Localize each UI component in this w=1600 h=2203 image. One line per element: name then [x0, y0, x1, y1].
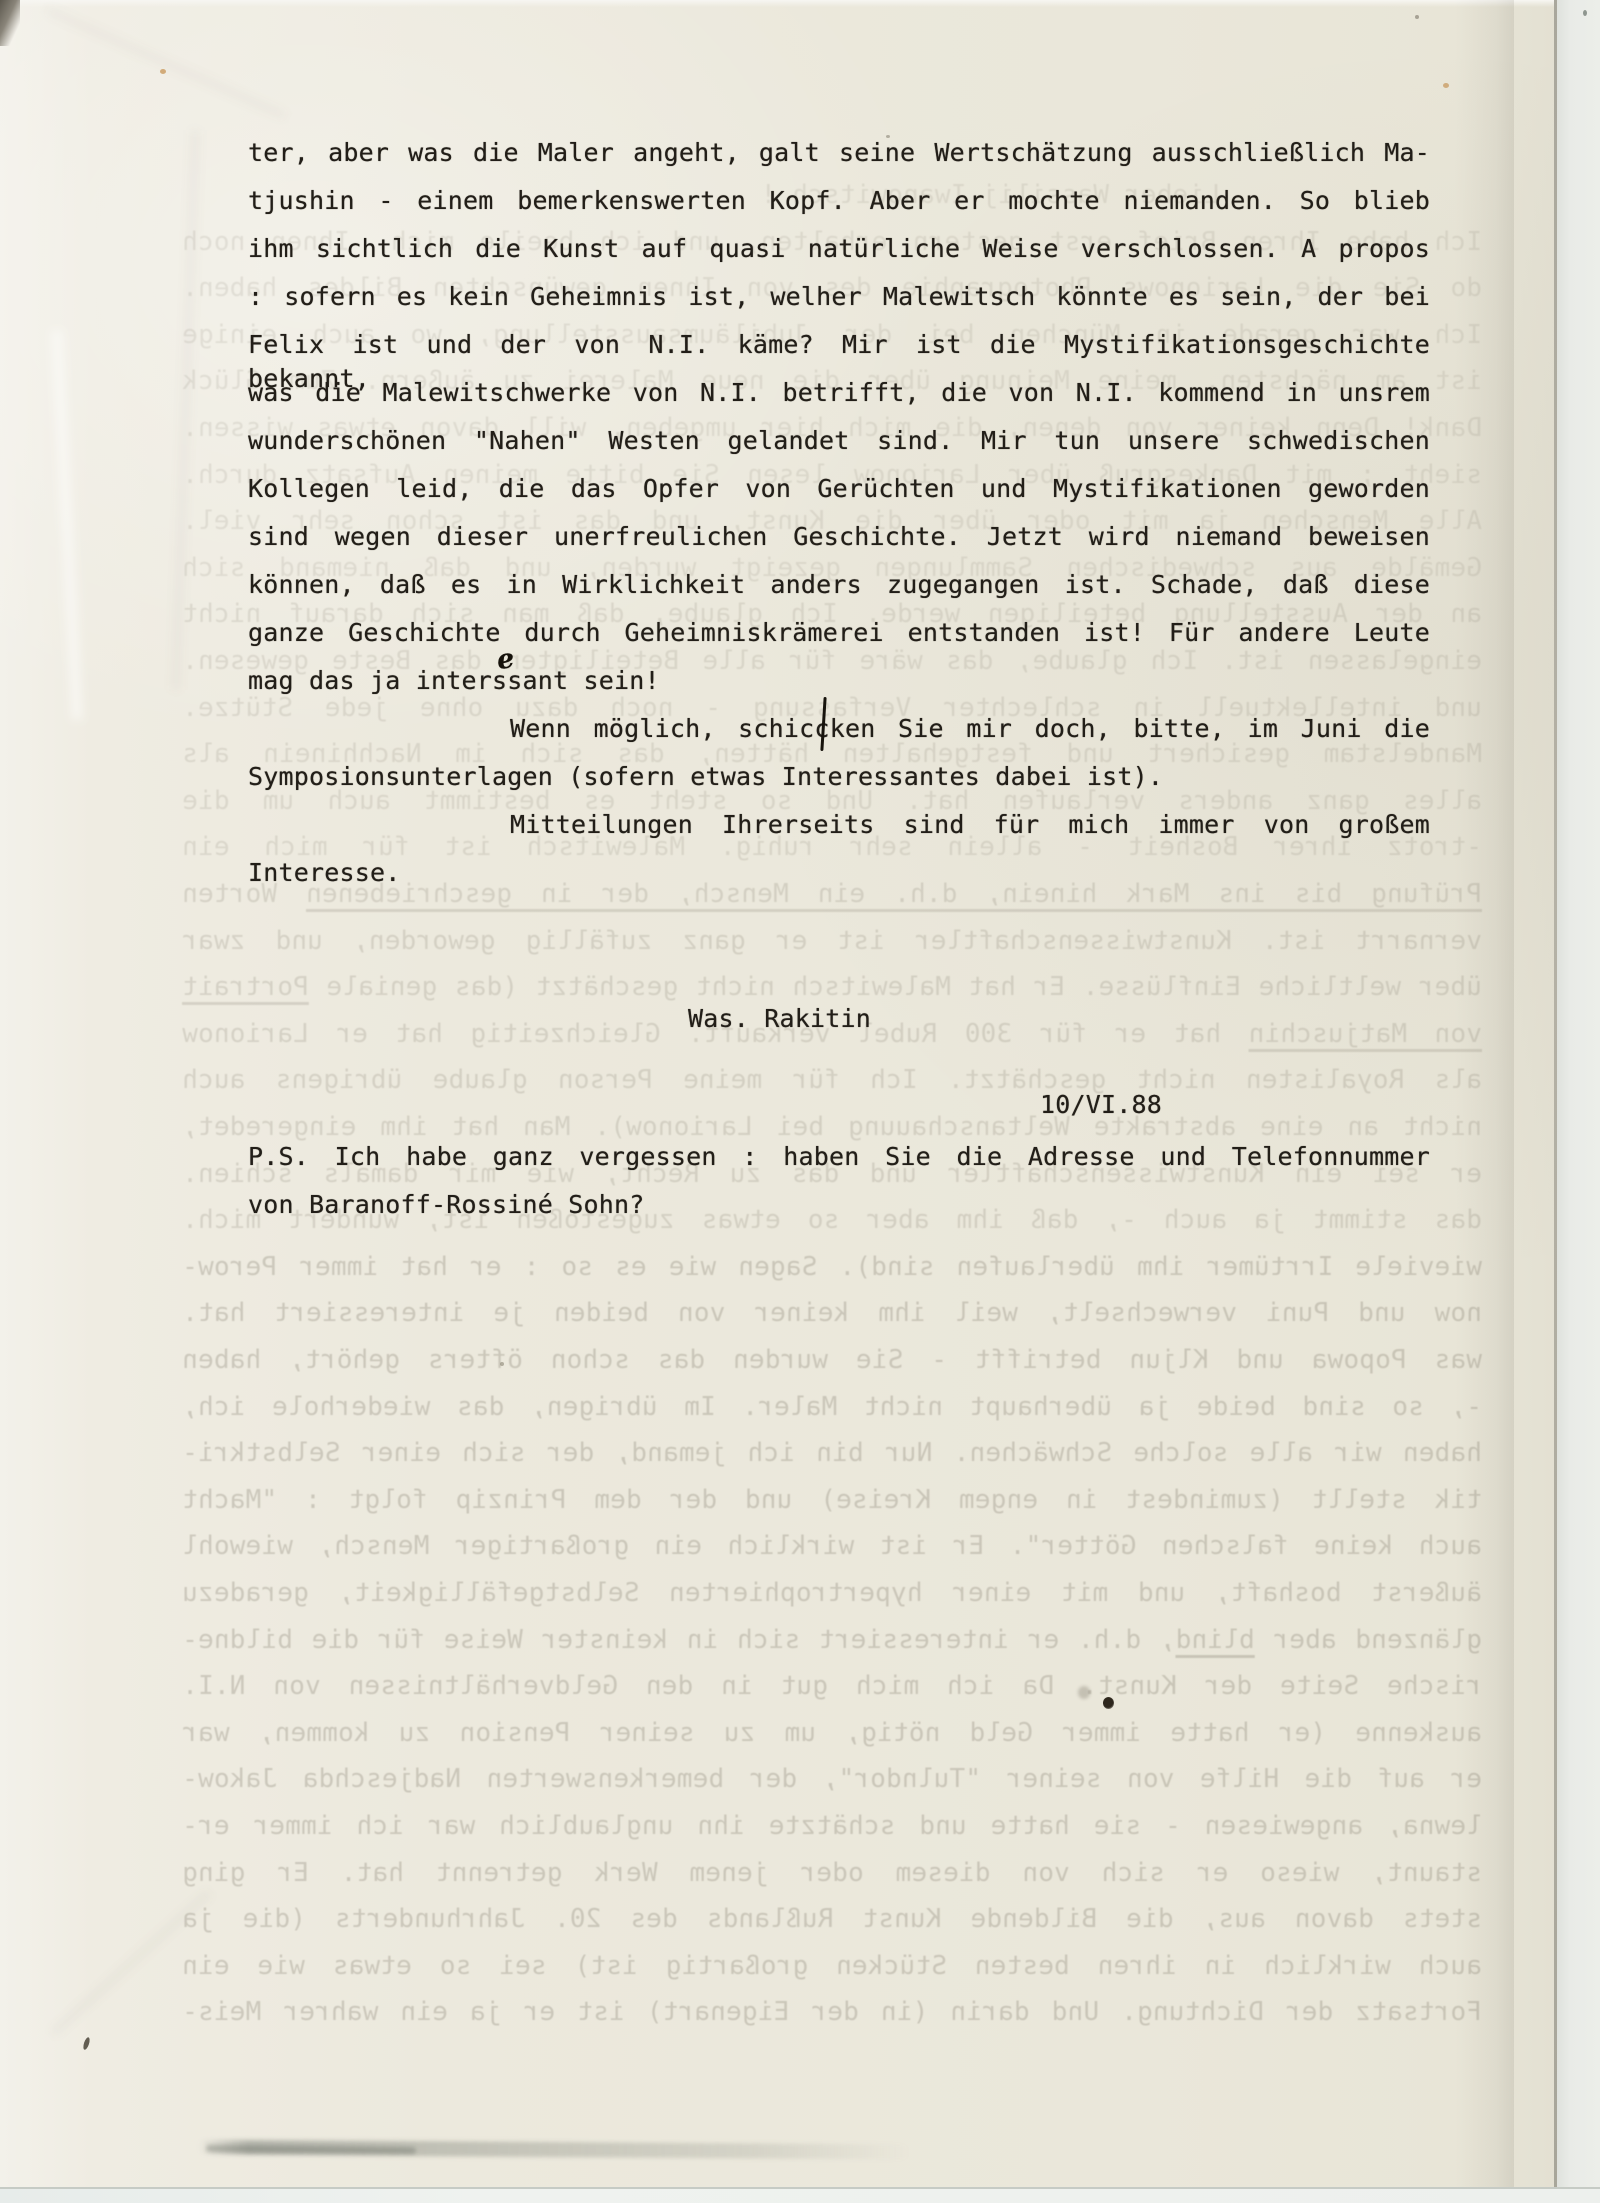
typed-line: tjushin - einem bemerkenswerten Kopf. Ab… [248, 184, 1430, 218]
signature: Was. Rakitin [688, 1002, 871, 1036]
bleedthrough-line: Fortsatz der Dichtung. Und darin (in der… [182, 1995, 1482, 2029]
bleedthrough-line: wieviele Irrtümer ihm überlaufen sind). … [182, 1250, 1482, 1284]
bleedthrough-line: tik stellt (zumindest in engem Kreise) u… [182, 1483, 1482, 1517]
postscript-line: P.S. Ich habe ganz vergessen : haben Sie… [248, 1140, 1430, 1174]
typed-line: mag das ja intersesant sein! [248, 664, 1430, 698]
bleedthrough-line: stets davon aus, die Bildende Kunst Rußl… [182, 1902, 1482, 1936]
paper-crease [46, 7, 286, 118]
paper-speck [1583, 10, 1587, 16]
paper-speck [1415, 15, 1419, 19]
bleedthrough-line: glänzend aber blind, d.h. er interessier… [182, 1623, 1482, 1657]
typed-line: Mitteilungen Ihrerseits sind für mich im… [248, 808, 1430, 842]
page-curl-shading [1454, 0, 1514, 2203]
bleedthrough-line: was Popowa und Kljun betrifft - Sie wurd… [182, 1343, 1482, 1377]
bleedthrough-line: now und Puni verwechselt, weil ihm keine… [182, 1296, 1482, 1330]
bleedthrough-line: äußerst boshaft, und mit einer hypertrop… [182, 1576, 1482, 1610]
bleedthrough-line: rische Seite der Kunst. Da ich mich gut … [182, 1669, 1482, 1703]
bleedthrough-line: haben wir alle solche Schwächen. Nur bin… [182, 1436, 1482, 1470]
bleedthrough-line: staunt, wieso er sich von diesem oder je… [182, 1856, 1482, 1890]
typed-line: Interesse. [248, 856, 1430, 890]
bleedthrough-line: nicht an eine abstrakte Weltanschauung b… [182, 1110, 1482, 1144]
typed-line: was die Malewitschwerke von N.I. betriff… [248, 376, 1430, 410]
paper-speck [160, 69, 166, 74]
scanner-backing [1557, 0, 1600, 2203]
ink-dot [1103, 1697, 1114, 1709]
typed-line: Symposionsunterlagen (sofern etwas Inter… [248, 760, 1430, 794]
page-top-highlight [0, 0, 1557, 7]
typed-line: ter, aber was die Maler angeht, galt sei… [248, 136, 1430, 170]
typed-line: wunderschönen "Nahen" Westen gelandet si… [248, 424, 1430, 458]
bleedthrough-line: auch keine falschen Götter". Er ist wirk… [182, 1529, 1482, 1563]
typed-line: Wenn möglich, schiccken Sie mir doch, bi… [248, 712, 1430, 746]
letter-date: 10/VI.88 [1040, 1088, 1162, 1122]
scanner-bottom-strip [0, 2187, 1600, 2203]
letter-page: Lieber Wassilij Iwanowitsch !Ich habe Ih… [0, 0, 1557, 2203]
bleedthrough-line: auskenne (er hatte immer Geld nötig, um … [182, 1716, 1482, 1750]
bleedthrough-line: -, so sind beide ja überhaupt nicht Male… [182, 1390, 1482, 1424]
bleedthrough-line: er auf die Hilfe von seiner "Tulndor", d… [182, 1762, 1482, 1796]
corner-shadow [0, 0, 20, 46]
typed-line: ganze Geschichte durch Geheimniskrämerei… [248, 616, 1430, 650]
paper-speck [500, 1362, 504, 1366]
paper-speck [1443, 83, 1449, 88]
bleedthrough-line: lewna, angewiesen - sie hatte und schätz… [182, 1809, 1482, 1843]
typed-line: können, daß es in Wirklichkeit anders zu… [248, 568, 1430, 602]
paper-crease-highlight [52, 330, 82, 720]
paper-speck [886, 135, 890, 138]
ghost-scribble [1078, 1686, 1090, 1699]
bleedthrough-line: über weltliche Einflüsse. Er hat Malewit… [182, 970, 1482, 1004]
postscript-line: von Baranoff-Rossiné Sohn? [248, 1188, 1430, 1222]
bleedthrough-line: als Royalisten nicht geschätzt. Ich für … [182, 1063, 1482, 1097]
bleedthrough-line: auch wirklich in ihren besten Stücken gr… [182, 1949, 1482, 1983]
pen-strikethrough: c [814, 712, 829, 746]
typed-line: ihm sichtlich die Kunst auf quasi natürl… [248, 232, 1430, 266]
typed-line: : sofern es kein Geheimnis ist, welher M… [248, 280, 1430, 314]
typed-line: Kollegen leid, die das Opfer von Gerücht… [248, 472, 1430, 506]
typed-line: sind wegen dieser unerfreulichen Geschic… [248, 520, 1430, 554]
bleedthrough-line: vernarrt ist. Kunstwissenschaftler ist e… [182, 924, 1482, 958]
scanned-letter: Lieber Wassilij Iwanowitsch !Ich habe Ih… [0, 0, 1600, 2203]
